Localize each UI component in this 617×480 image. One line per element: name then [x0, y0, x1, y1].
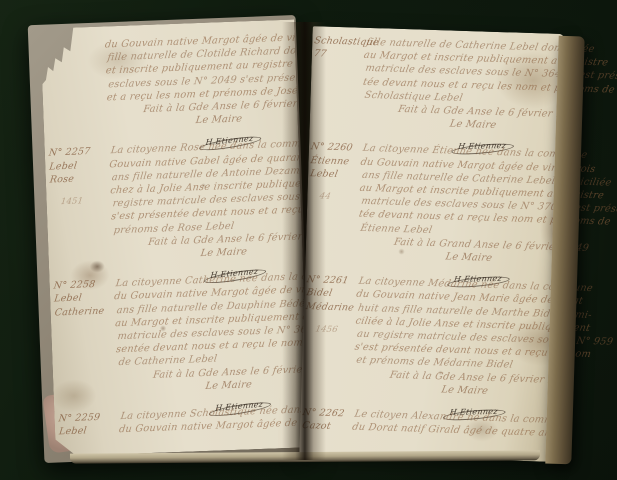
register-entry: Scholastique77fille naturelle de Catheri… [362, 36, 565, 135]
entry-margin: N° 2262Cazot [302, 406, 351, 434]
margin-line: Bidel [305, 287, 355, 302]
register-entry: N° 2258LebelCatherineLa citoyenne Cather… [113, 271, 305, 397]
right-page: Scholastique77fille naturelle de Catheri… [299, 26, 564, 462]
entry-margin: N° 2260ÉtienneLebel44 [309, 141, 359, 205]
page-left-entries: du Gouvain native Margot âgée de vingt h… [105, 32, 308, 455]
mayor-signature: Le Maire [195, 111, 297, 128]
margin-note: 1456 [314, 323, 354, 337]
left-page: du Gouvain native Margot âgée de vingt h… [40, 19, 310, 456]
register-entry: N° 2259LebelLa citoyenne Scholastique né… [118, 403, 307, 436]
mayor-signature: Le Maire [205, 376, 307, 393]
register-entry: N° 2260ÉtienneLebel44La citoyenne Étienn… [357, 142, 561, 267]
margin-note: 1451 [60, 194, 110, 209]
page-right-entries: Scholastique77fille naturelle de Catheri… [351, 36, 564, 462]
mayor-signature: Le Maire [200, 243, 302, 260]
margin-line: Lebel [58, 424, 118, 439]
margin-line: 77 [313, 47, 363, 62]
register-entry: N° 2257LebelRose1451La citoyenne Rose né… [109, 138, 301, 264]
mayor-signature: Le Maire [444, 251, 558, 268]
margin-line: Étienne [309, 154, 359, 169]
register-entry: N° 2261BidelMédarine1456La citoyenne Méd… [353, 275, 557, 400]
register-book: du Gouvain native Margot âgée de vingt h… [0, 0, 617, 480]
register-entry: N° 2262CazotLe citoyen Alexandre né dans… [352, 408, 553, 441]
margin-line: Cazot [301, 419, 351, 434]
entry-margin: N° 2259Lebel [58, 410, 117, 439]
entry-margin: N° 2257LebelRose1451 [49, 145, 109, 210]
mayor-signature: Le Maire [440, 383, 554, 400]
entry-margin: N° 2258LebelCatherine [53, 278, 112, 320]
entry-margin: N° 2261BidelMédarine1456 [305, 273, 355, 337]
margin-note: 44 [318, 191, 358, 205]
archival-scan-background: du Gouvain native Margot âgée de vingt h… [0, 0, 617, 480]
margin-line: Lebel [309, 167, 359, 182]
book-tail-edge [70, 450, 540, 463]
mayor-signature: Le Maire [449, 118, 563, 135]
margin-line: N° 2260 [310, 141, 360, 156]
entry-margin: Scholastique77 [314, 34, 363, 62]
register-entry: du Gouvain native Margot âgée de vingt h… [105, 32, 296, 131]
margin-line: Médarine [305, 300, 355, 315]
margin-line: Catherine [54, 304, 114, 319]
rubric-row: H.Etiennez [447, 399, 553, 412]
margin-line: Rose [49, 171, 109, 186]
